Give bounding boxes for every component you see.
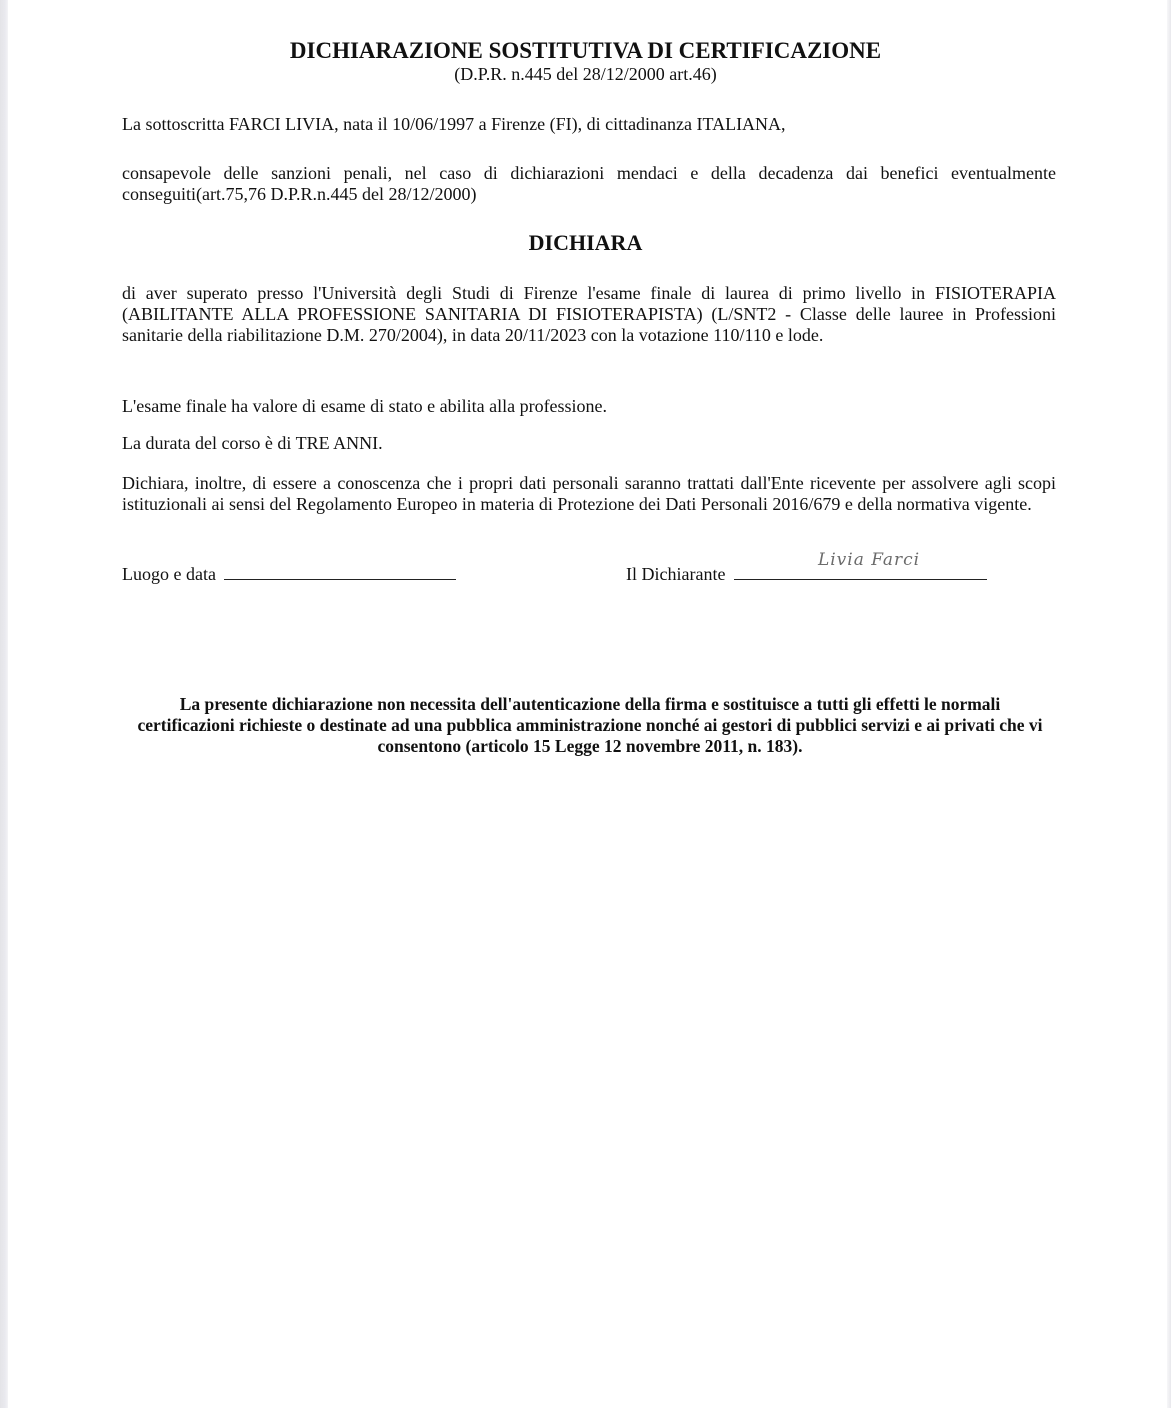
duration-paragraph: La durata del corso è di TRE ANNI. bbox=[122, 433, 1056, 454]
declarant-field: Il Dichiarante Livia Farci bbox=[626, 563, 987, 585]
place-date-line bbox=[224, 563, 456, 580]
place-date-field: Luogo e data bbox=[122, 563, 456, 585]
declaration-heading: DICHIARA bbox=[0, 230, 1171, 256]
legal-footnote: La presente dichiarazione non necessita … bbox=[130, 694, 1050, 757]
declaration-paragraph: di aver superato presso l'Università deg… bbox=[122, 283, 1056, 346]
document-subtitle: (D.P.R. n.445 del 28/12/2000 art.46) bbox=[0, 63, 1171, 85]
handwritten-signature: Livia Farci bbox=[818, 549, 920, 571]
declarant-label: Il Dichiarante bbox=[626, 564, 725, 584]
signature-line: Livia Farci bbox=[734, 563, 987, 580]
viewer-left-edge bbox=[0, 0, 8, 1408]
intro-paragraph: La sottoscritta FARCI LIVIA, nata il 10/… bbox=[122, 114, 1056, 135]
state-exam-paragraph: L'esame finale ha valore di esame di sta… bbox=[122, 396, 1056, 417]
privacy-paragraph: Dichiara, inoltre, di essere a conoscenz… bbox=[122, 473, 1056, 515]
viewer-right-edge bbox=[1167, 0, 1171, 1408]
awareness-paragraph: consapevole delle sanzioni penali, nel c… bbox=[122, 163, 1056, 205]
place-date-label: Luogo e data bbox=[122, 564, 216, 584]
document-title: DICHIARAZIONE SOSTITUTIVA DI CERTIFICAZI… bbox=[0, 38, 1171, 64]
